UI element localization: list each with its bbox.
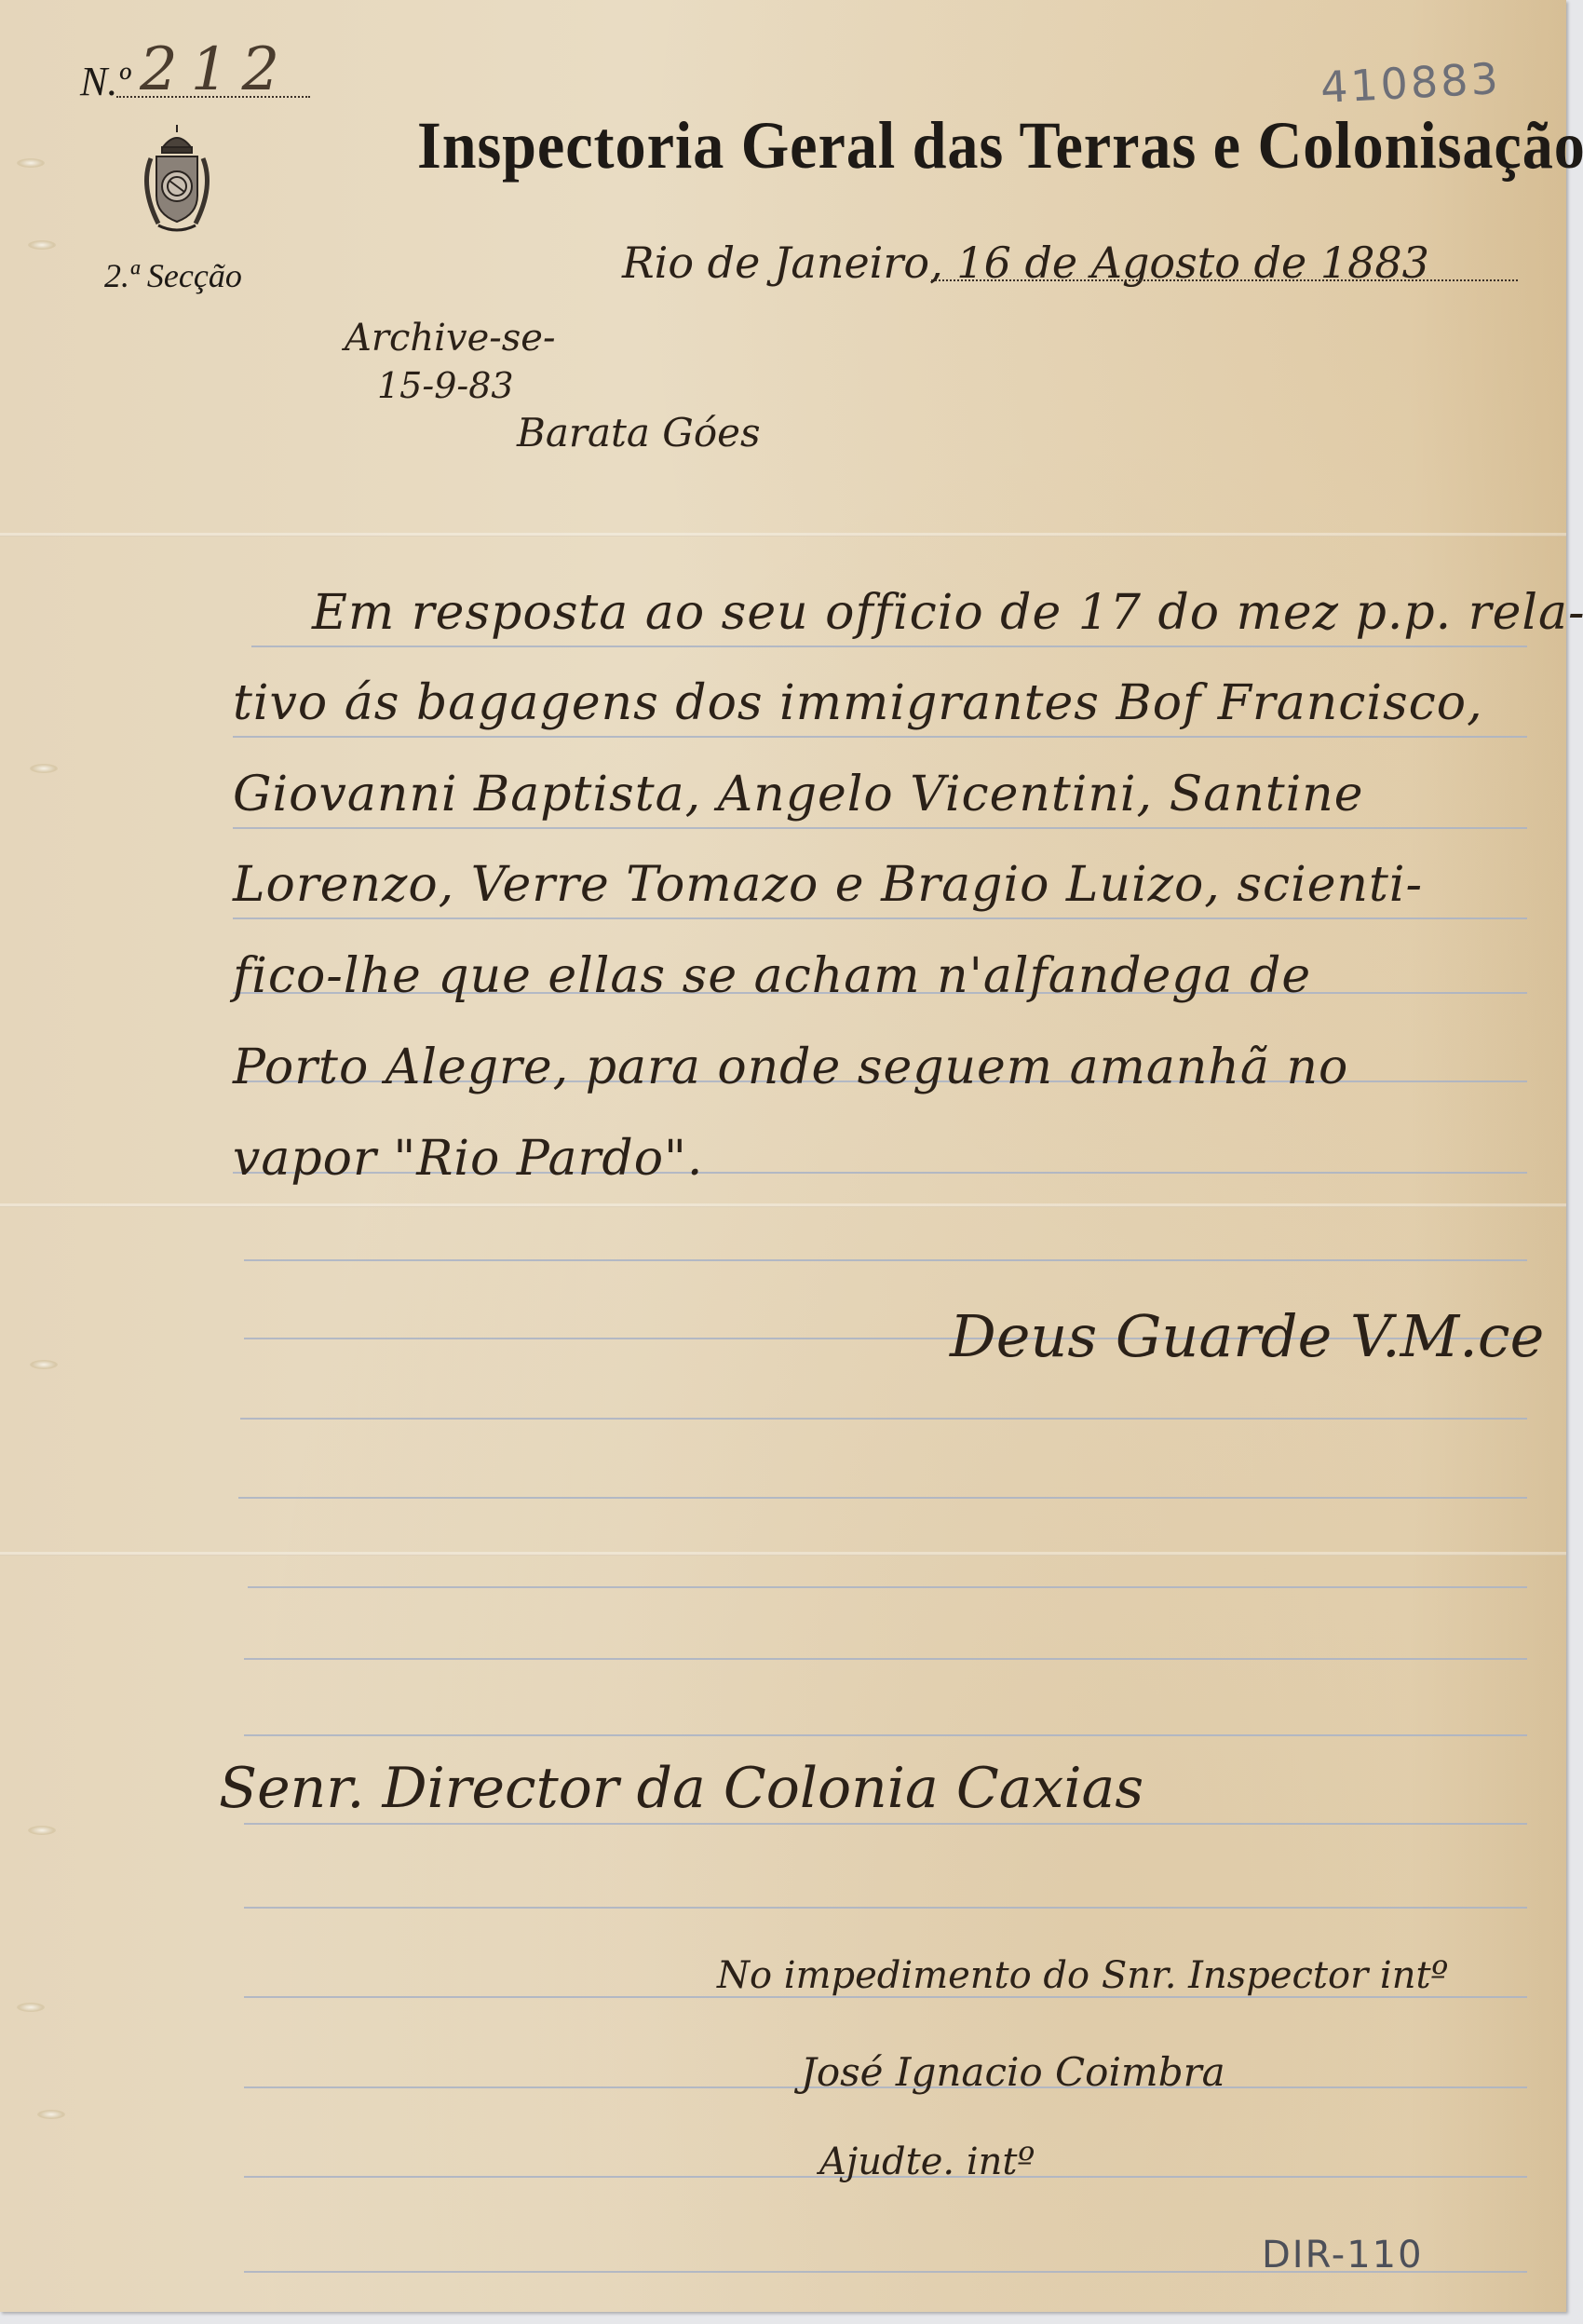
section-label: 2.ª Secção <box>104 256 242 295</box>
document-number: 212 <box>140 35 292 104</box>
ruled-line <box>233 827 1527 829</box>
body-line: fico-lhe que ellas se acham n'alfandega … <box>233 948 1311 1004</box>
body-line: Lorenzo, Verre Tomazo e Bragio Luizo, sc… <box>233 857 1423 913</box>
letter-page: N.º 212 410883 2.ª Secção Inspectoria Ge… <box>0 0 1566 2312</box>
binding-hole <box>28 240 56 250</box>
binding-hole <box>30 1360 58 1369</box>
ruled-line <box>238 1497 1527 1499</box>
binding-hole <box>17 158 45 168</box>
body-line: vapor "Rio Pardo". <box>233 1131 703 1187</box>
ruled-line <box>240 1418 1527 1420</box>
margin-note-date: 15-9-83 <box>377 365 514 406</box>
closing-salutation: Deus Guarde V.M.ce <box>950 1302 1544 1370</box>
imperial-coat-of-arms-icon <box>130 121 223 242</box>
fold-crease <box>0 1552 1566 1556</box>
body-line: tivo ás bagagens dos immigrantes Bof Fra… <box>233 675 1483 731</box>
reference-code: DIR-110 <box>1262 2234 1424 2276</box>
body-line: Giovanni Baptista, Angelo Vicentini, San… <box>233 767 1364 822</box>
signature-title: Ajudte. intº <box>819 2141 1035 2183</box>
ruled-line <box>233 917 1527 919</box>
ruled-line <box>248 1586 1527 1588</box>
signature-capacity: No impedimento do Snr. Inspector intº <box>717 1954 1448 1997</box>
archive-number: 410883 <box>1319 53 1502 113</box>
number-dotted-line <box>116 96 310 98</box>
binding-hole <box>17 2003 45 2012</box>
body-line: Em resposta ao seu officio de 17 do mez … <box>312 585 1583 641</box>
ruled-line <box>244 1259 1527 1261</box>
date-dotted-line <box>931 279 1518 281</box>
number-label: N.º <box>80 58 130 105</box>
binding-hole <box>30 764 58 773</box>
ruled-line <box>233 736 1527 738</box>
ruled-line <box>244 1823 1527 1825</box>
ruled-line <box>244 1734 1527 1736</box>
signature-name: José Ignacio Coimbra <box>801 2049 1225 2095</box>
body-line: Porto Alegre, para onde seguem amanhã no <box>233 1040 1348 1095</box>
fold-crease <box>0 533 1566 537</box>
letterhead-title: Inspectoria Geral das Terras e Colonisaç… <box>417 107 1583 184</box>
ruled-line <box>244 1658 1527 1660</box>
binding-hole <box>28 1826 56 1835</box>
ruled-line <box>244 1907 1527 1909</box>
binding-hole <box>37 2110 65 2119</box>
fold-crease <box>0 1203 1566 1207</box>
margin-note-archive: Archive-se- <box>345 317 555 360</box>
ruled-line <box>251 646 1527 647</box>
addressee: Senr. Director da Colonia Caxias <box>219 1756 1143 1821</box>
margin-note-signature: Barata Góes <box>517 410 761 455</box>
